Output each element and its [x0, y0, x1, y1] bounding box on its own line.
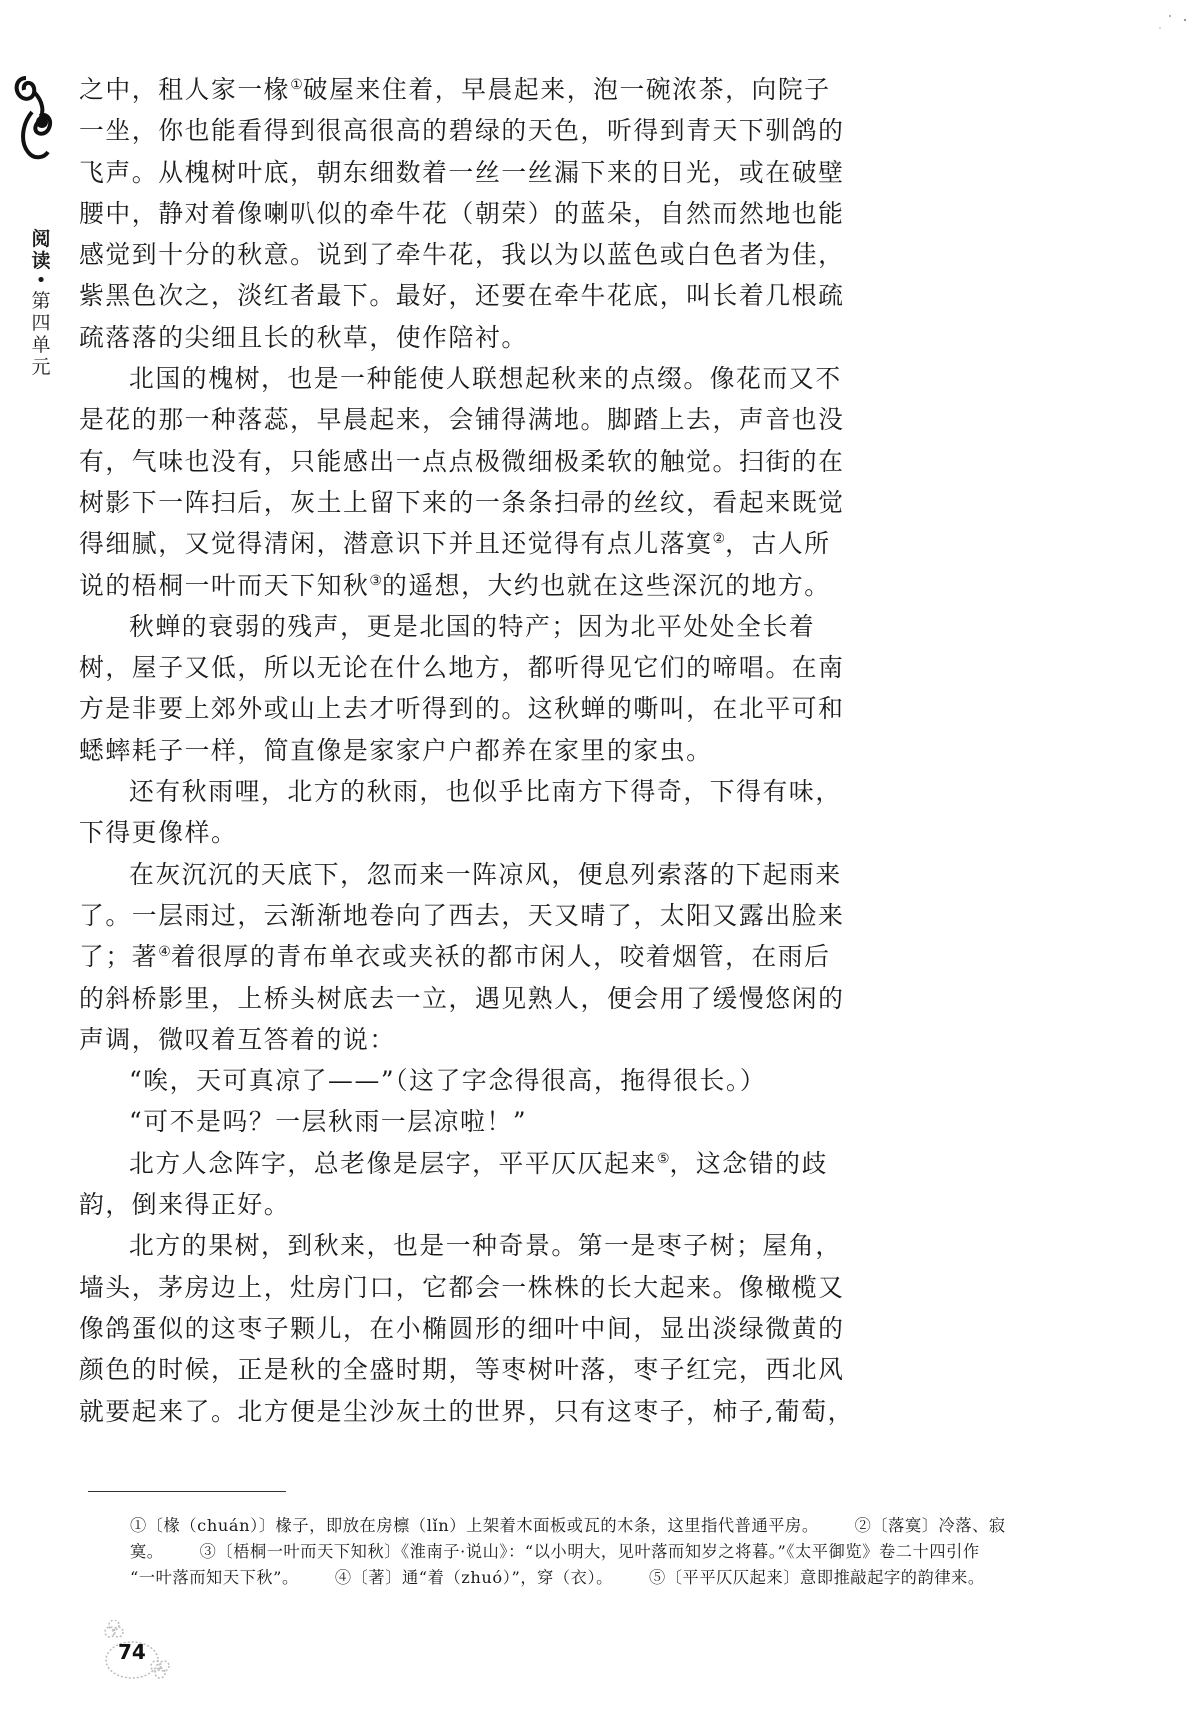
unit-side-label: 阅读 • 第四单元 — [30, 228, 52, 378]
line-text: 下得更像样。 — [79, 818, 237, 847]
footnote-marker: ① — [290, 77, 303, 93]
line-text-continued: ，古人所 — [725, 529, 831, 558]
line-text: 一坐，你也能看得到很高很高的碧绿的天色，听得到青天下驯鸽的 — [79, 116, 845, 145]
line-text: 北方人念阵字，总老像是层字，平平仄仄起来 — [129, 1149, 657, 1178]
line-text-continued: ，这念错的歧 — [670, 1149, 828, 1178]
footnote-line: “一叶落而知天下秋”。④〔著〕通“着（zhuó）”，穿（衣）。⑤〔平平仄仄起来〕… — [130, 1565, 1150, 1591]
text-line: 颜色的时候，正是秋的全盛时期，等枣树叶落，枣子红完，西北风 — [79, 1349, 875, 1390]
line-text: 了；著 — [79, 942, 158, 971]
text-line: 北国的槐树，也是一种能使人联想起秋来的点缀。像花而又不 — [79, 358, 875, 399]
line-text: 之中，租人家一椽 — [79, 75, 290, 104]
text-line: 紫黑色次之，淡红者最下。最好，还要在牵牛花底，叫长着几根疏 — [79, 275, 875, 316]
footnote-entry: “一叶落而知天下秋”。 — [130, 1568, 299, 1587]
separator-dot: • — [30, 272, 52, 290]
line-text: 腰中，静对着像喇叭似的牵牛花（朝荣）的蓝朵，自然而然地也能 — [79, 199, 845, 228]
text-line: 得细腻，又觉得清闲，潜意识下并且还觉得有点儿落寞②，古人所 — [79, 523, 875, 564]
line-text: “可不是吗？一层秋雨一层凉啦！” — [129, 1107, 527, 1136]
section-label: 阅读 — [30, 228, 52, 272]
text-line: 树影下一阵扫后，灰土上留下来的一条条扫帚的丝纹，看起来既觉 — [79, 482, 875, 523]
text-line: 有，气味也没有，只能感出一点点极微细极柔软的触觉。扫街的在 — [79, 441, 875, 482]
text-line: 树，屋子又低，所以无论在什么地方，都听得见它们的啼唱。在南 — [79, 647, 875, 688]
text-line: 声调，微叹着互答着的说： — [79, 1019, 875, 1060]
footnote-entry: ③〔梧桐一叶而天下知秋〕《淮南子·说山》：“以小明大，见叶落而知岁之将暮。”《太… — [200, 1542, 980, 1561]
text-line: 北方人念阵字，总老像是层字，平平仄仄起来⑤，这念错的歧 — [79, 1143, 875, 1184]
footnote-entry: 寞。 — [130, 1542, 164, 1561]
footnote-line: ①〔椽（chuán）〕椽子，即放在房檩（lǐn）上架着木面板或瓦的木条，这里指代… — [130, 1513, 1150, 1539]
line-text: 说的梧桐一叶而天下知秋 — [79, 571, 369, 600]
line-text: 像鸽蛋似的这枣子颗儿，在小椭圆形的细叶中间，显出淡绿微黄的 — [79, 1314, 845, 1343]
line-text: 韵，倒来得正好。 — [79, 1190, 290, 1219]
text-line: 说的梧桐一叶而天下知秋③的遥想，大约也就在这些深沉的地方。 — [79, 565, 875, 606]
text-line: 下得更像样。 — [79, 812, 875, 853]
line-text: 方是非要上郊外或山上去才听得到的。这秋蝉的嘶叫，在北平可和 — [79, 694, 845, 723]
line-text: 得细腻，又觉得清闲，潜意识下并且还觉得有点儿落寞 — [79, 529, 713, 558]
line-text: 了。一层雨过，云渐渐地卷向了西去，天又晴了，太阳又露出脸来 — [79, 901, 845, 930]
line-text: 就要起来了。北方便是尘沙灰土的世界，只有这枣子，柿子,葡萄， — [79, 1397, 854, 1426]
page-number-badge: 74 — [92, 1620, 172, 1684]
footnote-marker: ③ — [369, 573, 382, 589]
line-text: 墙头，茅房边上，灶房门口，它都会一株株的长大起来。像橄榄又 — [79, 1273, 845, 1302]
text-line: 腰中，静对着像喇叭似的牵牛花（朝荣）的蓝朵，自然而然地也能 — [79, 193, 875, 234]
line-text: 声调，微叹着互答着的说： — [79, 1025, 396, 1054]
footnote-marker: ⑤ — [657, 1151, 670, 1167]
footnote-marker: ② — [713, 531, 726, 547]
line-text: 还有秋雨哩，北方的秋雨，也似乎比南方下得奇，下得有味， — [129, 777, 842, 806]
text-line: 是花的那一种落蕊，早晨起来，会铺得满地。脚踏上去，声音也没 — [79, 399, 875, 440]
line-text: 在灰沉沉的天底下，忽而来一阵凉风，便息列索落的下起雨来 — [129, 860, 842, 889]
line-text-continued: 着很厚的青布单衣或夹袄的都市闲人，咬着烟管，在雨后 — [171, 942, 831, 971]
line-text: 秋蝉的衰弱的残声，更是北国的特产；因为北平处处全长着 — [129, 612, 815, 641]
text-line: 北方的果树，到秋来，也是一种奇景。第一是枣子树；屋角， — [79, 1225, 875, 1266]
text-line: 秋蝉的衰弱的残声，更是北国的特产；因为北平处处全长着 — [79, 606, 875, 647]
line-text: 树影下一阵扫后，灰土上留下来的一条条扫帚的丝纹，看起来既觉 — [79, 488, 845, 517]
text-line: 在灰沉沉的天底下，忽而来一阵凉风，便息列索落的下起雨来 — [79, 854, 875, 895]
line-text: 有，气味也没有，只能感出一点点极微细极柔软的触觉。扫街的在 — [79, 447, 845, 476]
footnote-entry: ⑤〔平平仄仄起来〕意即推敲起字的韵律来。 — [649, 1568, 985, 1587]
text-line: 一坐，你也能看得到很高很高的碧绿的天色，听得到青天下驯鸽的 — [79, 110, 875, 151]
unit-label: 第四单元 — [30, 290, 52, 378]
line-text: 北方的果树，到秋来，也是一种奇景。第一是枣子树；屋角， — [129, 1231, 842, 1260]
text-line: 像鸽蛋似的这枣子颗儿，在小椭圆形的细叶中间，显出淡绿微黄的 — [79, 1308, 875, 1349]
scan-specks — [1140, 6, 1200, 56]
footnote-entry: ②〔落寞〕冷落、寂 — [855, 1516, 1006, 1535]
text-line: 墙头，茅房边上，灶房门口，它都会一株株的长大起来。像橄榄又 — [79, 1267, 875, 1308]
text-line: 还有秋雨哩，北方的秋雨，也似乎比南方下得奇，下得有味， — [79, 771, 875, 812]
footnote-entry: ④〔著〕通“着（zhuó）”，穿（衣）。 — [335, 1568, 613, 1587]
text-line: “唉，天可真凉了——”（这了字念得很高，拖得很长。） — [79, 1060, 875, 1101]
text-line: 蟋蟀耗子一样，简直像是家家户户都养在家里的家虫。 — [79, 730, 875, 771]
decorative-scroll-icon — [12, 72, 56, 164]
text-line: 了。一层雨过，云渐渐地卷向了西去，天又晴了，太阳又露出脸来 — [79, 895, 875, 936]
line-text: “唉，天可真凉了——”（这了字念得很高，拖得很长。） — [129, 1066, 766, 1095]
footnote-marker: ④ — [158, 944, 171, 960]
text-line: 韵，倒来得正好。 — [79, 1184, 875, 1225]
line-text: 紫黑色次之，淡红者最下。最好，还要在牵牛花底，叫长着几根疏 — [79, 281, 845, 310]
footnotes: ①〔椽（chuán）〕椽子，即放在房檩（lǐn）上架着木面板或瓦的木条，这里指代… — [130, 1513, 1150, 1591]
line-text: 飞声。从槐树叶底，朝东细数着一丝一丝漏下来的日光，或在破壁 — [79, 158, 845, 187]
line-text-continued: 破屋来住着，早晨起来，泡一碗浓茶，向院子 — [303, 75, 831, 104]
text-line: 了；著④着很厚的青布单衣或夹袄的都市闲人，咬着烟管，在雨后 — [79, 936, 875, 977]
text-line: 方是非要上郊外或山上去才听得到的。这秋蝉的嘶叫，在北平可和 — [79, 688, 875, 729]
line-text: 感觉到十分的秋意。说到了牵牛花，我以为以蓝色或白色者为佳， — [79, 240, 845, 269]
text-line: 感觉到十分的秋意。说到了牵牛花，我以为以蓝色或白色者为佳， — [79, 234, 875, 275]
page-number: 74 — [118, 1640, 146, 1664]
text-line: 之中，租人家一椽①破屋来住着，早晨起来，泡一碗浓茶，向院子 — [79, 69, 875, 110]
text-line: 飞声。从槐树叶底，朝东细数着一丝一丝漏下来的日光，或在破壁 — [79, 152, 875, 193]
text-line: 疏落落的尖细且长的秋草，使作陪衬。 — [79, 317, 875, 358]
text-line: 就要起来了。北方便是尘沙灰土的世界，只有这枣子，柿子,葡萄， — [79, 1391, 875, 1432]
line-text: 蟋蟀耗子一样，简直像是家家户户都养在家里的家虫。 — [79, 736, 713, 765]
line-text: 北国的槐树，也是一种能使人联想起秋来的点缀。像花而又不 — [129, 364, 842, 393]
line-text-continued: 的遥想，大约也就在这些深沉的地方。 — [382, 571, 831, 600]
line-text: 疏落落的尖细且长的秋草，使作陪衬。 — [79, 323, 528, 352]
essay-body: 之中，租人家一椽①破屋来住着，早晨起来，泡一碗浓茶，向院子一坐，你也能看得到很高… — [79, 69, 875, 1432]
text-line: “可不是吗？一层秋雨一层凉啦！” — [79, 1101, 875, 1142]
line-text: 是花的那一种落蕊，早晨起来，会铺得满地。脚踏上去，声音也没 — [79, 405, 845, 434]
line-text: 树，屋子又低，所以无论在什么地方，都听得见它们的啼唱。在南 — [79, 653, 845, 682]
line-text: 的斜桥影里，上桥头树底去一立，遇见熟人，便会用了缓慢悠闲的 — [79, 984, 845, 1013]
footnote-line: 寞。③〔梧桐一叶而天下知秋〕《淮南子·说山》：“以小明大，见叶落而知岁之将暮。”… — [130, 1539, 1150, 1565]
footnote-entry: ①〔椽（chuán）〕椽子，即放在房檩（lǐn）上架着木面板或瓦的木条，这里指代… — [130, 1516, 819, 1535]
footnote-divider — [88, 1491, 286, 1492]
text-line: 的斜桥影里，上桥头树底去一立，遇见熟人，便会用了缓慢悠闲的 — [79, 978, 875, 1019]
textbook-page: 阅读 • 第四单元 之中，租人家一椽①破屋来住着，早晨起来，泡一碗浓茶，向院子一… — [0, 0, 1200, 1728]
line-text: 颜色的时候，正是秋的全盛时期，等枣树叶落，枣子红完，西北风 — [79, 1355, 845, 1384]
